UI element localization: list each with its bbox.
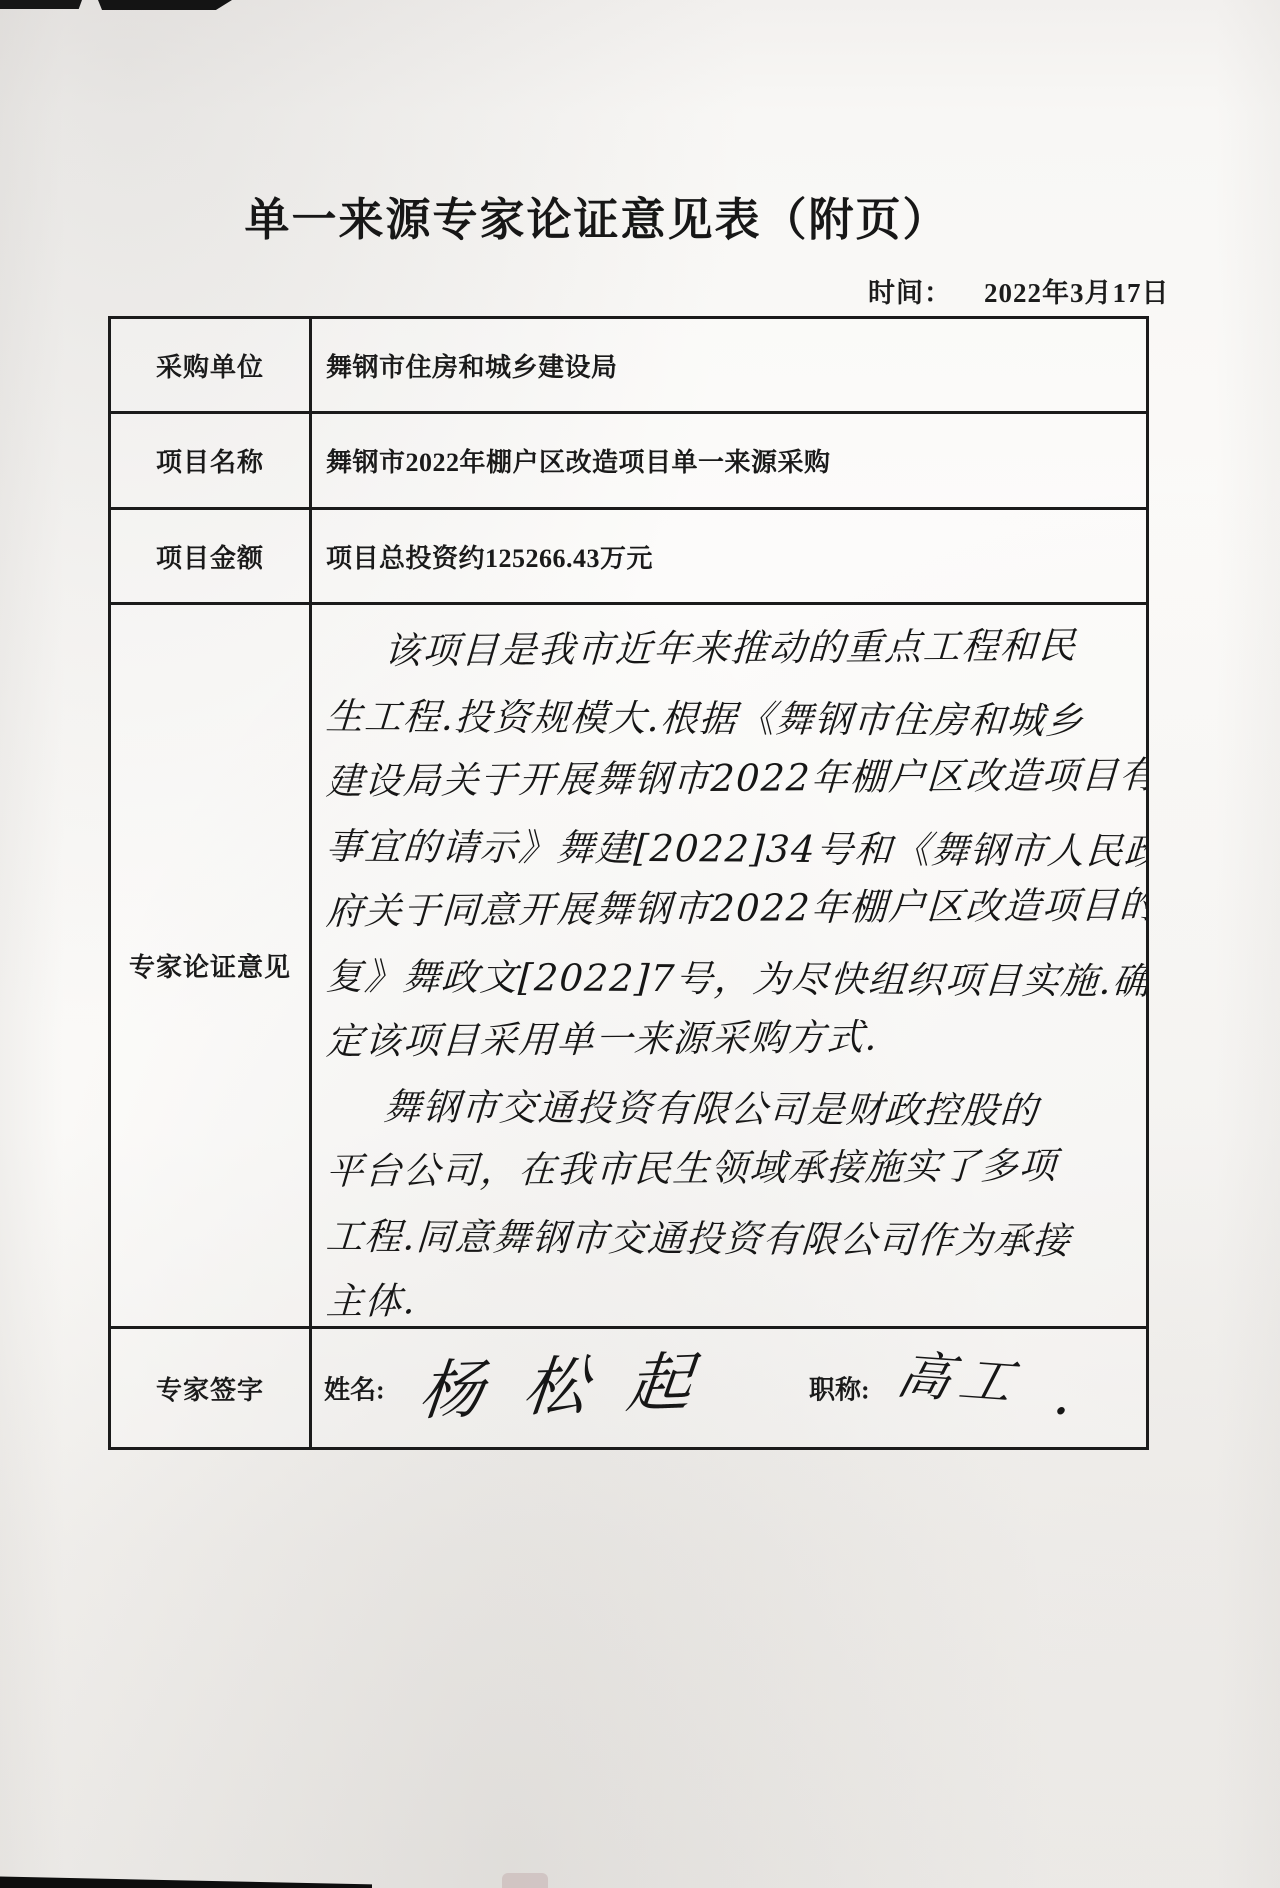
scan-artifact-bottom-left bbox=[0, 1875, 372, 1888]
expert-opinion-handwritten-text: 该项目是我市近年来推动的重点工程和民 生工程.投资规模大.根据《舞钢市住房和城乡… bbox=[312, 605, 1146, 1326]
opinion-line: 该项目是我市近年来推动的重点工程和民 bbox=[325, 613, 1146, 684]
expert-signature-cell: 姓名: 杨松起 职称: 高工 . bbox=[312, 1329, 1146, 1447]
expert-name-handwritten-signature: 杨松起 bbox=[415, 1329, 737, 1432]
table-row-expert-opinion: 专家论证意见 该项目是我市近年来推动的重点工程和民 生工程.投资规模大.根据《舞… bbox=[111, 605, 1146, 1329]
opinion-form-table: 采购单位 舞钢市住房和城乡建设局 项目名称 舞钢市2022年棚户区改造项目单一来… bbox=[108, 316, 1149, 1450]
scan-artifact-top-left-2 bbox=[98, 0, 232, 10]
table-row-project-amount: 项目金额 项目总投资约125266.43万元 bbox=[111, 510, 1146, 605]
job-title-period-mark: . bbox=[1054, 1377, 1068, 1424]
purchaser-value: 舞钢市住房和城乡建设局 bbox=[312, 319, 1146, 411]
time-row: 时间： 2022年3月17日 bbox=[868, 271, 1170, 310]
document-title: 单一来源专家论证意见表（附页） bbox=[0, 183, 1237, 248]
purchaser-label: 采购单位 bbox=[111, 319, 312, 411]
opinion-line: 平台公司，在我市民生领域承接施实了多项 bbox=[325, 1133, 1146, 1204]
job-title-label: 职称: bbox=[809, 1370, 870, 1407]
project-amount-label: 项目金额 bbox=[111, 510, 312, 602]
project-amount-value: 项目总投资约125266.43万元 bbox=[312, 510, 1146, 602]
project-name-label: 项目名称 bbox=[111, 414, 312, 507]
table-row-purchaser: 采购单位 舞钢市住房和城乡建设局 bbox=[111, 319, 1146, 414]
scan-artifact-bottom-blob bbox=[502, 1873, 548, 1888]
job-title-handwritten: 高工 bbox=[891, 1333, 1033, 1416]
scan-artifact-top-left bbox=[0, 0, 82, 9]
time-label: 时间： bbox=[868, 271, 952, 310]
expert-opinion-label: 专家论证意见 bbox=[111, 605, 312, 1326]
opinion-line: 主体. bbox=[325, 1263, 1146, 1326]
opinion-line: 建设局关于开展舞钢市2022年棚户区改造项目有关 bbox=[325, 743, 1146, 814]
expert-signature-label: 专家签字 bbox=[111, 1329, 312, 1447]
project-name-value: 舞钢市2022年棚户区改造项目单一来源采购 bbox=[312, 414, 1146, 507]
table-row-expert-signature: 专家签字 姓名: 杨松起 职称: 高工 . bbox=[111, 1329, 1146, 1447]
scanned-document-page: 单一来源专家论证意见表（附页） 时间： 2022年3月17日 采购单位 舞钢市住… bbox=[0, 0, 1280, 1888]
opinion-line: 定该项目采用单一来源采购方式. bbox=[325, 1003, 1146, 1074]
opinion-line: 府关于同意开展舞钢市2022年棚户区改造项目的批 bbox=[325, 873, 1146, 944]
time-value: 2022年3月17日 bbox=[984, 271, 1170, 310]
table-row-project-name: 项目名称 舞钢市2022年棚户区改造项目单一来源采购 bbox=[111, 414, 1146, 510]
name-label: 姓名: bbox=[324, 1370, 385, 1407]
